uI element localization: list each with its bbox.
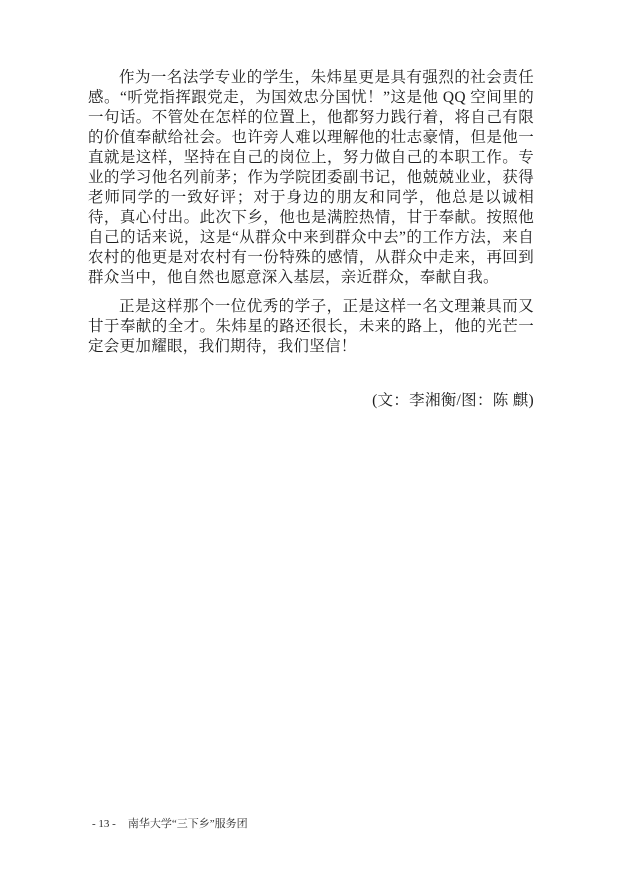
body-paragraph-1: 作为一名法学专业的学生，朱炜星更是具有强烈的社会责任感。“听党指挥跟党走，为国效… [88, 68, 534, 288]
article-body: 作为一名法学专业的学生，朱炜星更是具有强烈的社会责任感。“听党指挥跟党走，为国效… [88, 68, 534, 357]
footer-team-name: 南华大学“三下乡”服务团 [128, 818, 248, 830]
body-paragraph-2: 正是这样那个一位优秀的学子，正是这样一名文理兼具而又甘于奉献的全才。朱炜星的路还… [88, 297, 534, 357]
page-number: - 13 - [92, 818, 116, 830]
page-footer: - 13 -南华大学“三下乡”服务团 [92, 817, 248, 831]
page-content: 作为一名法学专业的学生，朱炜星更是具有强烈的社会责任感。“听党指挥跟党走，为国效… [88, 68, 534, 411]
byline: (文：李湘衡/图：陈 麒) [88, 391, 534, 411]
document-page: 作为一名法学专业的学生，朱炜星更是具有强烈的社会责任感。“听党指挥跟党走，为国效… [0, 0, 620, 877]
